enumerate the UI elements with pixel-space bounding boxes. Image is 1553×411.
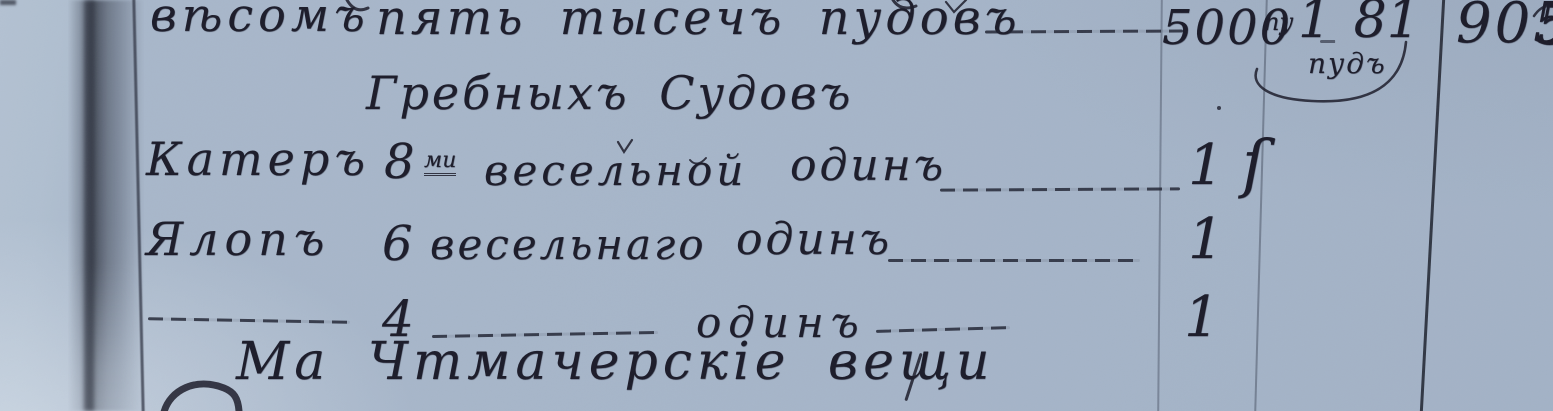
row-oar-count: 6: [382, 220, 413, 268]
column-rule-price: [1420, 0, 1446, 411]
row-quantity-word: одинъ: [736, 218, 892, 262]
bottom-cut-letter-curl: [164, 384, 239, 411]
filler-dash-row1: [940, 187, 1180, 191]
ditto-dash-row3: [148, 317, 350, 323]
manuscript-scan-page: вѣсомъ пять тысечъ пудовъ 5000 пу 1 81 п…: [0, 0, 1553, 411]
binding-gutter-shadow: [68, 0, 144, 411]
price-partial-digit: 5: [1537, 0, 1553, 54]
row-count-value: 1: [1184, 290, 1220, 346]
row-descriptor: весельнаго: [430, 224, 707, 266]
quantity-unit: пу: [1264, 10, 1293, 34]
binding-gutter-streak: [84, 0, 94, 411]
row-brace-mark: ſ: [1242, 132, 1266, 196]
row-boat-name: Катеръ: [146, 136, 370, 182]
weight-line-prefix: вѣсомъ: [150, 0, 370, 38]
footer-line: Ма Чтмачерскіе вещи: [236, 336, 995, 388]
weight-line-amount-words: пять тысечъ пудовъ: [376, 0, 1021, 42]
row-descriptor: весельной: [484, 150, 747, 192]
row-quantity-word: одинъ: [790, 144, 946, 188]
filler-dash-row2: [888, 259, 1140, 262]
row-count-value: 1: [1188, 212, 1224, 268]
column-rule-weight: [1254, 0, 1267, 411]
row-count-value: 1: [1188, 138, 1224, 194]
row-oar-count: 8: [384, 138, 415, 186]
weight-unit: пудъ: [1308, 50, 1387, 78]
weight-value-underline: [1320, 40, 1336, 43]
filler-dash-line1: [985, 29, 1183, 33]
top-left-ink-speck: [0, 0, 16, 5]
row-boat-name: Ялопъ: [146, 216, 330, 262]
row-oar-count-suffix: ми: [424, 150, 456, 176]
section-heading: Гребныхъ Судовъ: [366, 70, 853, 116]
column-rule-quantity: [1157, 0, 1162, 411]
weight-value: 1 81: [1298, 0, 1420, 46]
ink-dot: [1217, 106, 1221, 110]
